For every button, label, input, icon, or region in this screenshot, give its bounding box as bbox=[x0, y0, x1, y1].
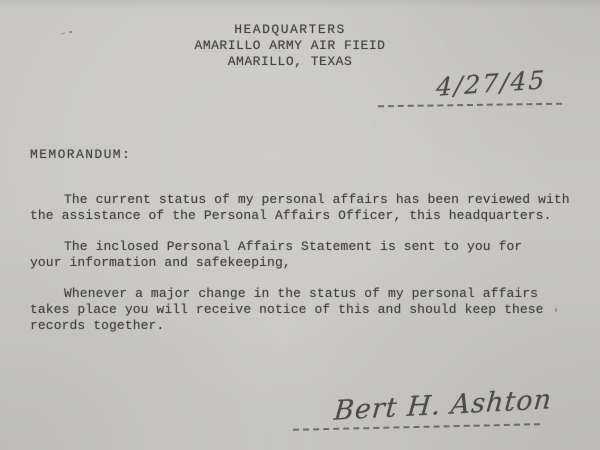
paragraph-2-line-2: your information and safekeeping, bbox=[30, 255, 570, 271]
handwritten-signature: Bert H. Ashton bbox=[333, 384, 554, 427]
paragraph-3-line-1: Whenever a major change in the status of… bbox=[30, 286, 570, 302]
letterhead-line-headquarters: HEADQUARTERS bbox=[0, 22, 580, 38]
paragraph-3-line-3: records together. bbox=[30, 318, 570, 334]
letterhead-line-city-state: AMARILLO, TEXAS bbox=[0, 54, 580, 70]
date-underline bbox=[378, 103, 562, 108]
paragraph-3-line-2: takes place you will receive notice of t… bbox=[30, 302, 570, 318]
letterhead-line-base-name: AMARILLO ARMY AIR FIEID bbox=[0, 38, 580, 54]
memo-document: HEADQUARTERS AMARILLO ARMY AIR FIEID AMA… bbox=[0, 0, 600, 450]
paragraph-1-line-2: the assistance of the Personal Affairs O… bbox=[30, 208, 570, 224]
handwritten-date: 4/27/45 bbox=[436, 65, 547, 102]
letterhead: HEADQUARTERS AMARILLO ARMY AIR FIEID AMA… bbox=[0, 22, 580, 70]
paragraph-1: The current status of my personal affair… bbox=[30, 192, 570, 224]
memo-salutation: MEMORANDUM: bbox=[30, 147, 131, 162]
memo-body: The current status of my personal affair… bbox=[30, 192, 570, 349]
paragraph-1-line-1: The current status of my personal affair… bbox=[30, 192, 570, 208]
paper-speck bbox=[69, 31, 72, 33]
signature-underline bbox=[293, 423, 540, 431]
paragraph-2-line-1: The inclosed Personal Affairs Statement … bbox=[30, 239, 570, 255]
paragraph-2: The inclosed Personal Affairs Statement … bbox=[30, 239, 570, 271]
paragraph-3: Whenever a major change in the status of… bbox=[30, 286, 570, 334]
